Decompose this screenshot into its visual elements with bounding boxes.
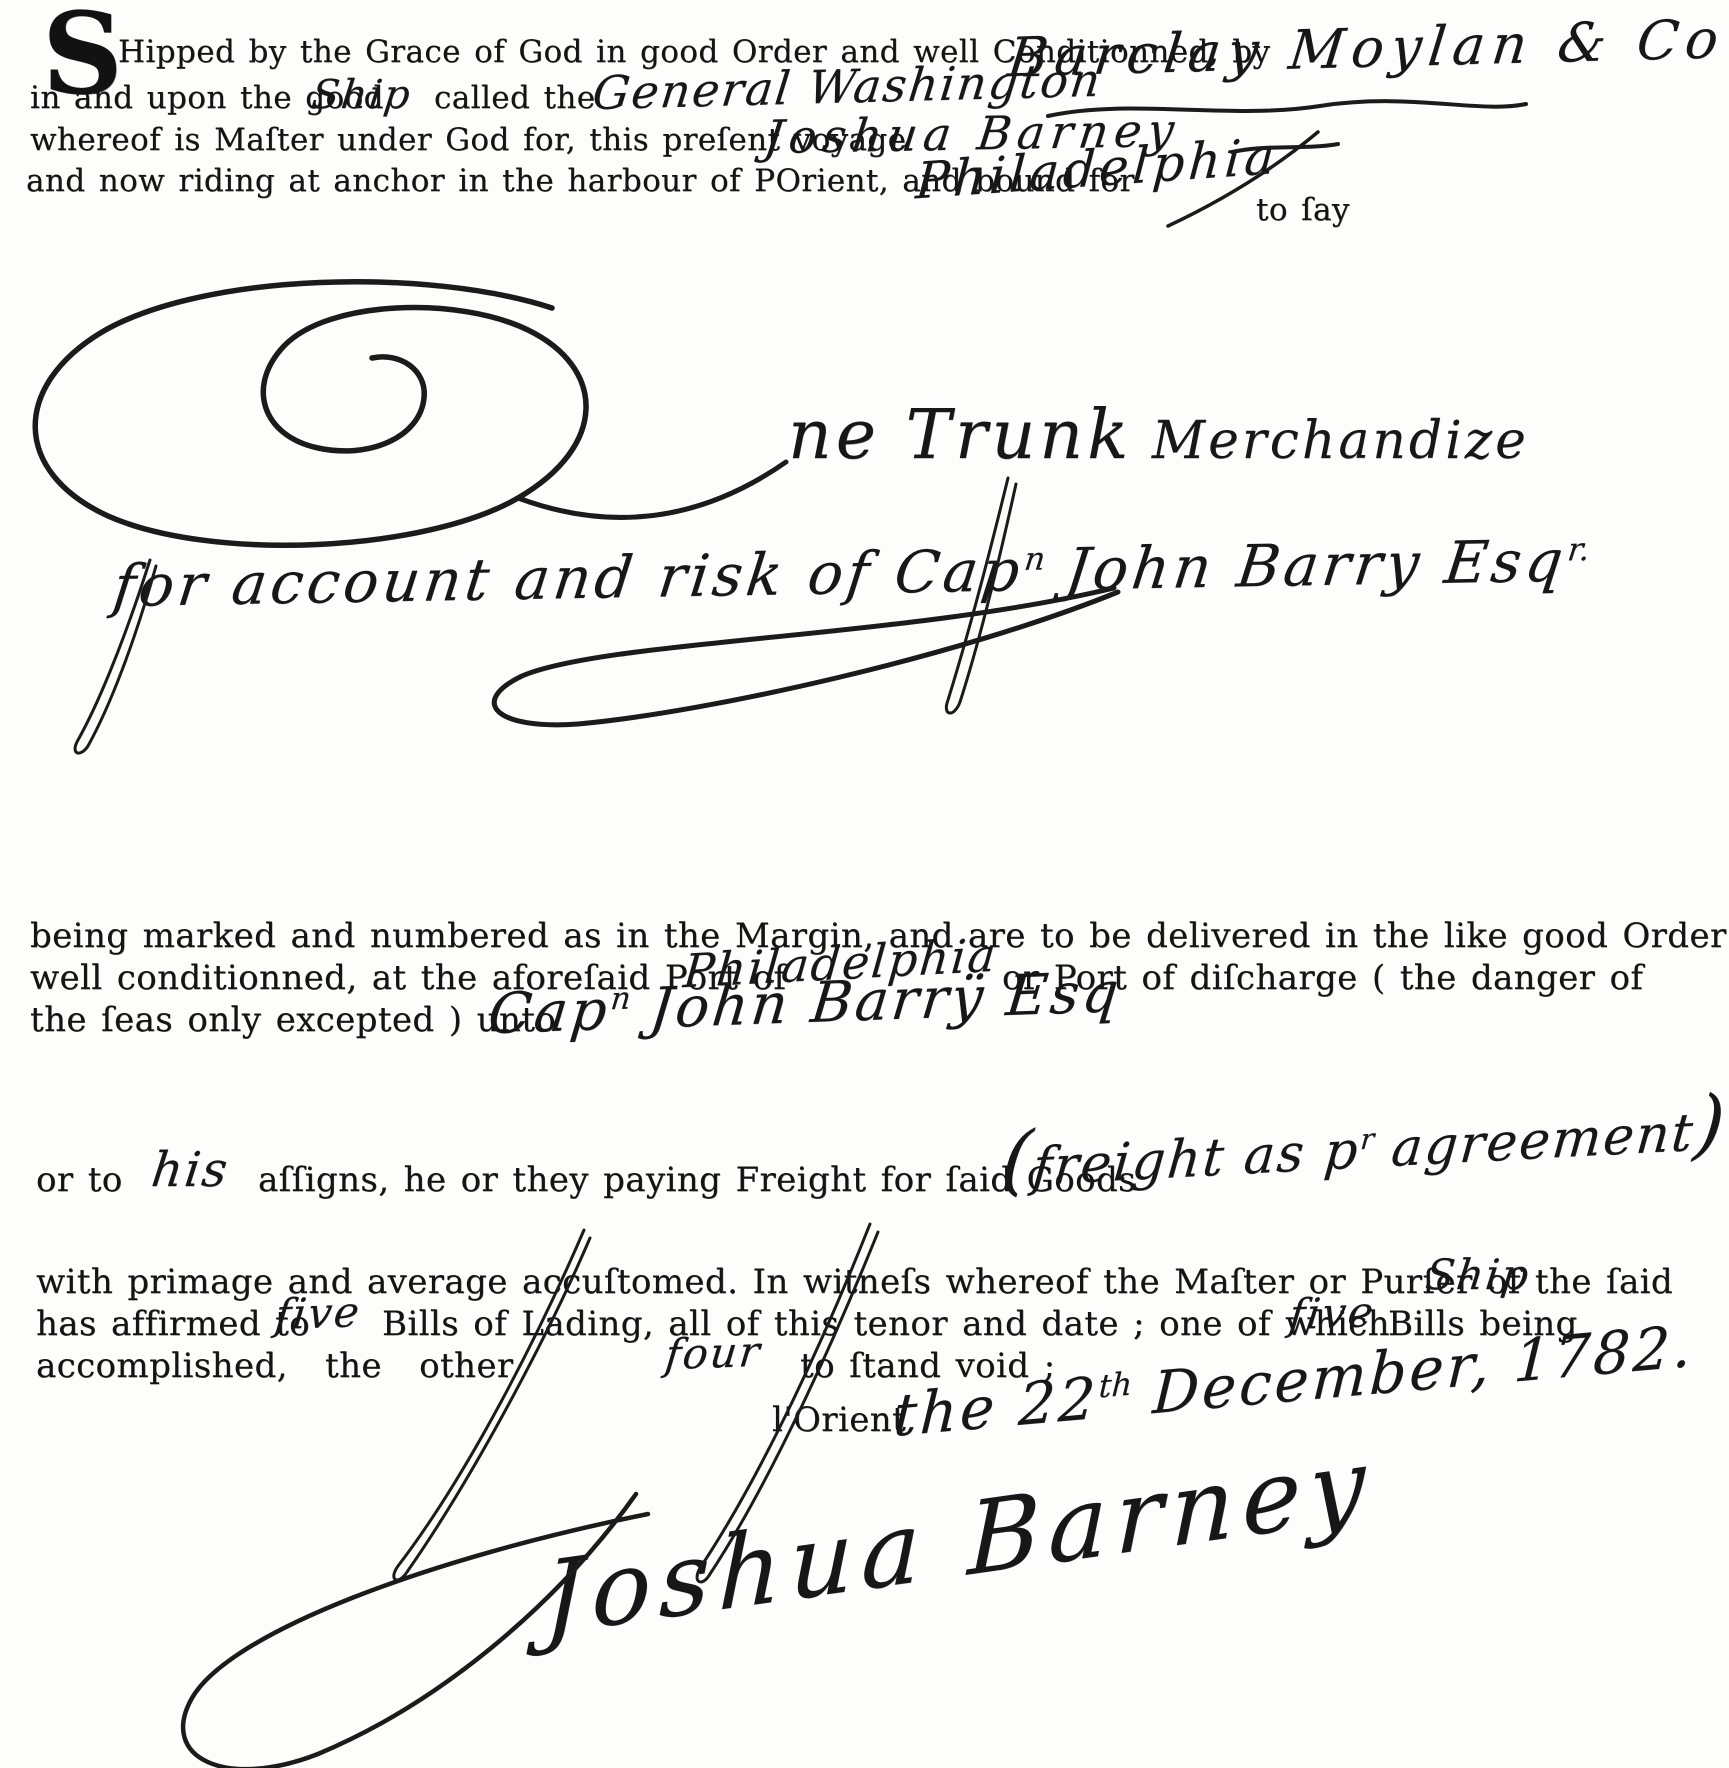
witness-clause-line-2a: has affirmed to (36, 1304, 310, 1344)
freight-terms-text-b: agreement (1370, 1103, 1697, 1180)
freight-terms-close-paren: ) (1691, 1078, 1729, 1168)
bill-of-lading-document: S Hipped by the Grace of God in good Ord… (0, 0, 1729, 1768)
freight-terms-hand: (freight as pr agreement) (998, 1078, 1729, 1204)
ship-word-hand-2: Ship (1423, 1250, 1533, 1299)
consignee-text-a: Cap (485, 978, 613, 1048)
assigns-pronoun-hand: his (149, 1142, 233, 1198)
dateline-sup-th: th (1098, 1364, 1133, 1405)
witness-clause-line-2b: Bills of Lading, all of this tenor and d… (382, 1304, 1390, 1344)
master-signature-hand: Joshua Barney (543, 1424, 1374, 1659)
cargo-description-hand: ne Trunk Merchandize (788, 396, 1529, 475)
cargo-goods-text: Merchandize (1132, 411, 1529, 471)
cargo-quantity-text: ne Trunk (788, 396, 1132, 475)
freight-clause-prefix: or to (36, 1160, 123, 1200)
freight-terms-text-a: freight as p (1030, 1120, 1362, 1197)
bills-count-hand-2: five (1287, 1287, 1378, 1339)
account-risk-hand: for account and risk of Capn John Barry … (110, 526, 1593, 620)
void-count-hand: four (663, 1327, 764, 1380)
dateline-place: l'Orient (772, 1400, 906, 1440)
ship-clause-line-b: called the (434, 80, 596, 116)
spiral-o-connector-flourish (518, 462, 786, 517)
shipper-name-hand: Barclay Moylan & Co (1005, 7, 1729, 89)
to-say-label: to ſay (1256, 192, 1350, 228)
witness-clause-line-3a: accomplished, the other (36, 1346, 514, 1386)
bills-count-hand-1: five (273, 1287, 364, 1339)
account-risk-text-a: for account and risk of Cap (110, 536, 1028, 620)
ship-word-hand: Ship (309, 72, 414, 118)
account-risk-sup-r: r. (1566, 530, 1593, 568)
delivery-clause-line-3: the ſeas only excepted ) unto (30, 1000, 556, 1040)
spiral-o-flourish (35, 282, 586, 545)
account-risk-text-b: John Barry Esq (1040, 527, 1571, 604)
